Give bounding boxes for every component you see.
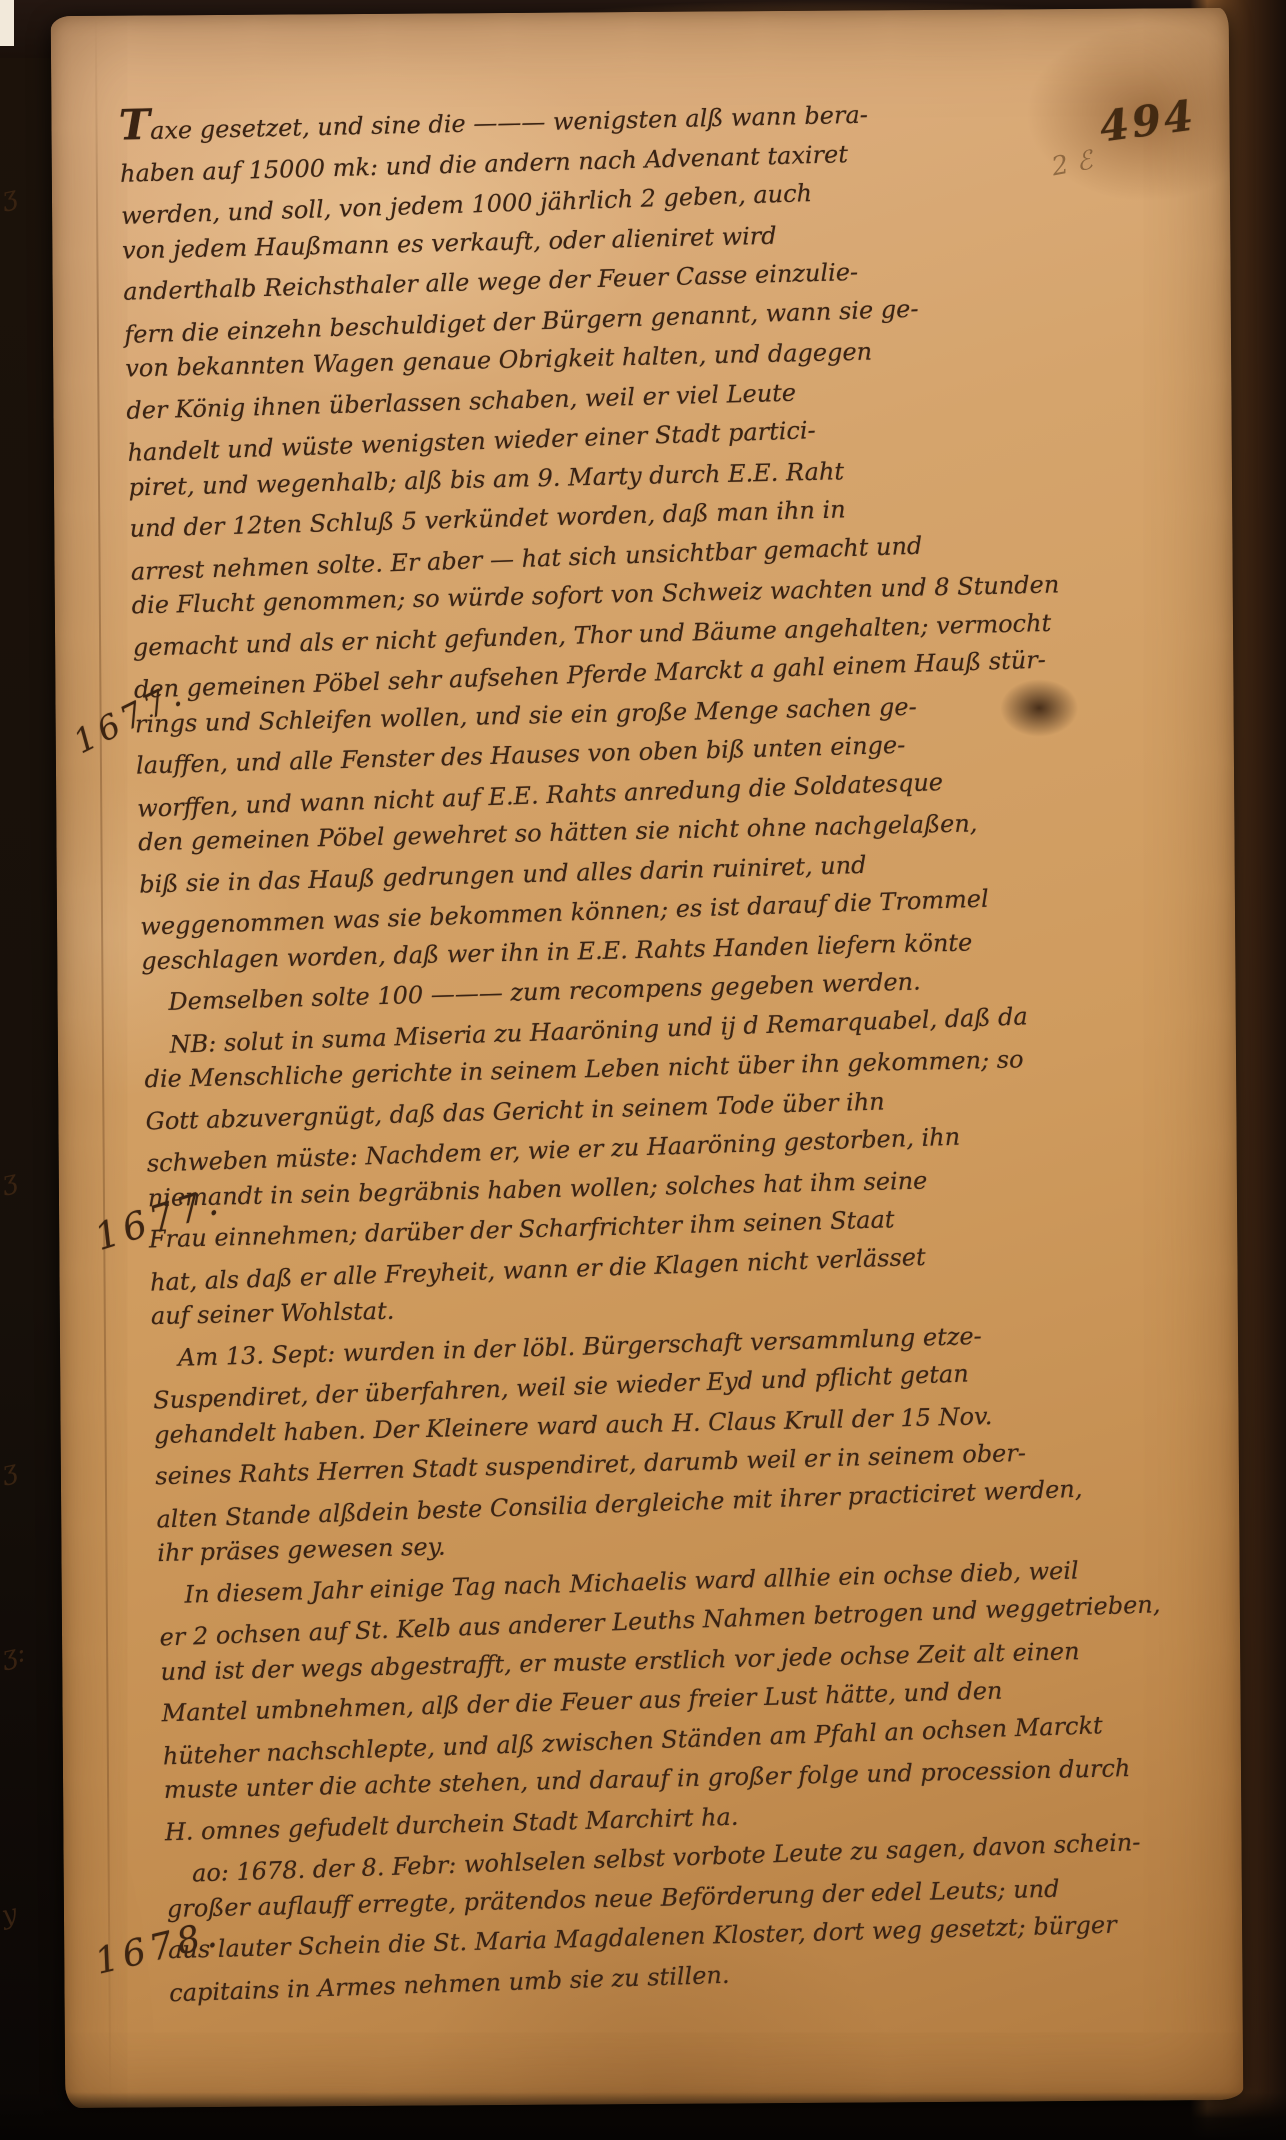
manuscript-page: 494 2 ℰ 1677. 1677. 1678. Taxe gesetzet,…: [51, 8, 1244, 2108]
table-shadow: [0, 2092, 1286, 2140]
manuscript-text: Taxe gesetzet, und sine die ——— wenigste…: [118, 80, 1199, 2010]
page-crease: [95, 16, 112, 2108]
manuscript-photo: ʒʒʒʒ:y 494 2 ℰ 1677. 1677. 1678. Taxe ge…: [0, 0, 1286, 2140]
